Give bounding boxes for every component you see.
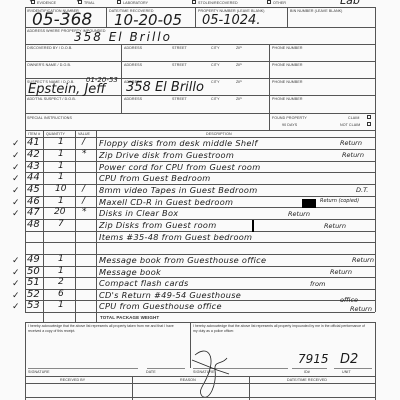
discovered-city-label: City [211, 46, 220, 50]
ident-number-value[interactable]: 05-368 [32, 10, 92, 30]
item-description: Maxell CD-R in Guest bedroom [99, 197, 233, 207]
check-mark: ✓ [12, 138, 20, 149]
signature-line [28, 368, 138, 369]
stolen-recovered-checkbox[interactable] [192, 0, 196, 4]
addl-suspect-label: ADD'TNL SUSPECT / D.O.B. [27, 97, 76, 101]
item-header: ITEM # [28, 132, 40, 136]
divider [25, 397, 375, 398]
received-by-header: RECEIVED BY [60, 378, 85, 382]
divider [249, 376, 250, 400]
item-quantity: 1 [58, 254, 64, 264]
item-number: 46 [27, 196, 40, 207]
check-mark: ✓ [12, 185, 20, 196]
item-disposition: Return [352, 256, 374, 264]
unit-value[interactable]: D2 [340, 352, 358, 367]
item-number: 44 [27, 172, 40, 183]
check-mark: ✓ [12, 197, 20, 208]
item-description: Power cord for CPU from Guest room [99, 162, 260, 172]
receipt-acknowledgement: I hereby acknowledge that the above list… [28, 324, 183, 333]
divider [25, 44, 375, 45]
row-divider [25, 266, 375, 267]
item-quantity: 20 [54, 207, 65, 217]
evidence-check-mark: ✓ [29, 0, 34, 4]
item-disposition: Return [342, 151, 364, 159]
item-description: Floppy disks from desk middle Shelf [99, 138, 258, 148]
item-disposition: office [340, 296, 358, 304]
divider [269, 44, 270, 113]
item-description: 8mm video Tapes in Guest Bedroom [99, 185, 258, 195]
total-weight-label: TOTAL PACKAGE WEIGHT [100, 315, 159, 320]
bin-number-label: BIN NUMBER (Leave Blank) [290, 9, 342, 13]
check-mark: ✓ [12, 267, 20, 278]
item-number: 43 [27, 161, 40, 172]
item-number: 41 [27, 137, 40, 148]
officer-signature [187, 340, 237, 400]
item-number: 45 [27, 184, 40, 195]
check-mark: ✓ [12, 208, 20, 219]
item-number: 49 [27, 254, 40, 265]
item-number: 42 [27, 149, 40, 160]
addl-street-label: Street [172, 97, 187, 101]
item-disposition: Return (copied) [320, 198, 359, 204]
unit-label: UNIT [342, 370, 351, 374]
row-divider [25, 242, 375, 243]
other-note: Lab [340, 0, 360, 7]
check-mark: ✓ [12, 173, 20, 184]
owner-address-label: ADDRESS [124, 63, 142, 67]
officer-id-value[interactable]: 7915 [298, 352, 329, 366]
address-impounded-value[interactable]: 358 El Brillo [74, 30, 172, 44]
item-disposition: Return [324, 222, 346, 230]
owner-name-label: OWNER'S NAME / D.O.B. [27, 63, 71, 67]
check-mark: ✓ [12, 150, 20, 161]
item-disposition: Return [350, 305, 372, 313]
check-mark: ✓ [12, 255, 20, 266]
item-description: Message book [99, 267, 161, 277]
date-recovered-value[interactable]: 10-20-05 [114, 11, 182, 29]
item-quantity: 1 [58, 137, 64, 147]
suspect-city-label: City [211, 80, 220, 84]
suspect-name-value[interactable]: Epstein, Jeff [28, 82, 106, 97]
check-mark: ✓ [12, 162, 20, 173]
claim-checkbox[interactable] [367, 115, 371, 119]
discovered-zip-label: Zip [236, 46, 242, 50]
unit-line [334, 368, 372, 369]
owner-zip-label: Zip [236, 63, 242, 67]
suspect-zip-label: Zip [236, 80, 242, 84]
claim-label: CLAIM [348, 116, 359, 120]
addl-city-label: City [211, 97, 220, 101]
divider [106, 7, 107, 27]
divider [25, 78, 375, 79]
item-description: Message book from Guesthouse office [99, 255, 266, 265]
quantity-header: QUANTITY [46, 132, 65, 136]
owner-city-label: City [211, 63, 220, 67]
item-description: Zip Disks from Guest room [99, 220, 216, 230]
other-checkbox[interactable] [267, 0, 271, 4]
row-divider [25, 207, 375, 208]
item-description: CD's Return #49-54 Guesthouse [99, 290, 241, 300]
item-disposition: Return [288, 210, 310, 218]
item-value: * [82, 207, 87, 217]
officer-acknowledgement: I hereby acknowledge that the above list… [193, 324, 368, 333]
item-description: Items #35-48 from Guest bedroom [99, 232, 252, 242]
date-line [147, 368, 185, 369]
special-instructions-label: SPECIAL INSTRUCTIONS [27, 116, 72, 120]
addl-zip-label: Zip [236, 97, 242, 101]
check-mark: ✓ [12, 301, 20, 312]
laboratory-checkbox[interactable] [117, 0, 121, 4]
not-claim-checkbox[interactable] [367, 122, 371, 126]
item-value: * [82, 149, 87, 159]
addl-phone-label: PHONE NUMBER [272, 97, 303, 101]
property-number-value[interactable]: 05-1024. [202, 13, 260, 28]
divider [375, 7, 376, 312]
divider [25, 130, 375, 131]
evidence-label: EVIDENCE [37, 1, 56, 5]
item-value: / [82, 137, 85, 147]
divider [75, 130, 76, 322]
row-divider [25, 312, 375, 313]
suspect-address-value[interactable]: 358 El Brillo [126, 80, 204, 95]
item-value: / [82, 184, 85, 194]
suspect-phone-label: PHONE NUMBER [272, 80, 303, 84]
divider [25, 113, 375, 114]
item-disposition: D.T. [356, 186, 368, 194]
divider [195, 7, 196, 27]
item-quantity: 1 [58, 196, 64, 206]
divider [132, 376, 133, 400]
id-line [292, 368, 327, 369]
divider [25, 322, 26, 400]
ninety-days-label: 90 DAYS [282, 123, 297, 127]
signature-label: SIGNATURE [28, 370, 50, 374]
divider [25, 322, 375, 323]
divider [25, 61, 375, 62]
divider [287, 7, 288, 27]
item-quantity: 1 [58, 300, 64, 310]
divider [25, 383, 375, 384]
description-header: DESCRIPTION [206, 132, 232, 136]
row-divider [25, 277, 375, 278]
item-quantity: 7 [58, 219, 64, 229]
datetime-received-header: DATE/TIME RECEIVED [287, 378, 327, 382]
value-header: VALUE [78, 132, 90, 136]
item-value: / [82, 196, 85, 206]
other-label: OTHER [273, 1, 286, 5]
item-number: 51 [27, 277, 40, 288]
divider [25, 376, 375, 377]
discovered-address-label: ADDRESS [124, 46, 142, 50]
item-disposition: Return [330, 268, 352, 276]
divider [375, 322, 376, 400]
item-description: Disks in Clear Box [99, 208, 178, 218]
discovered-street-label: Street [172, 46, 187, 50]
discovered-by-label: DISCOVERED BY / D.O.B. [27, 46, 72, 50]
item-quantity: 10 [55, 184, 66, 194]
item-disposition: Return [340, 139, 362, 147]
discovered-phone-label: PHONE NUMBER [272, 46, 303, 50]
trial-check-mark: ✓ [76, 0, 81, 4]
owner-phone-label: PHONE NUMBER [272, 63, 303, 67]
redaction-block [302, 199, 316, 208]
addl-address-label: ADDRESS [124, 97, 142, 101]
owner-street-label: Street [172, 63, 187, 67]
divider [121, 44, 122, 113]
reason-header: REASON [180, 378, 196, 382]
item-quantity: 1 [58, 161, 64, 171]
not-claim-label: NOT CLAIM [340, 123, 360, 127]
found-property-label: FOUND PROPERTY [272, 116, 307, 120]
item-description: CPU from Guest Bedroom [99, 173, 211, 183]
item-description: Zip Drive disk from Guestroom [99, 150, 234, 160]
item-quantity: 1 [58, 172, 64, 182]
item-number: 47 [27, 207, 40, 218]
item-number: 52 [27, 289, 40, 300]
item-number: 53 [27, 300, 40, 311]
property-receipt-form: ✓ EVIDENCE ✓ TRIAL LABORATORY STOLEN/REC… [22, 0, 378, 400]
id-label: ID# [304, 370, 310, 374]
item-number: 50 [27, 266, 40, 277]
date-label: DATE [146, 370, 156, 374]
item-disposition: from [310, 280, 325, 288]
item-quantity: 2 [58, 277, 64, 287]
item-quantity: 1 [58, 266, 64, 276]
divider [25, 7, 375, 8]
item-quantity: 1 [58, 149, 64, 159]
item-description: CPU from Guesthouse office [99, 301, 222, 311]
divider [43, 130, 44, 322]
item-description: Compact flash cards [99, 278, 189, 288]
item-number: 48 [27, 219, 40, 230]
laboratory-label: LABORATORY [123, 1, 148, 5]
trial-label: TRIAL [84, 1, 95, 5]
redaction-mark [252, 220, 254, 232]
divider [269, 113, 270, 130]
stolen-recovered-label: STOLEN/RECOVERED [198, 1, 238, 5]
check-mark: ✓ [12, 290, 20, 301]
check-mark: ✓ [12, 278, 20, 289]
item-quantity: 6 [58, 289, 64, 299]
divider [96, 130, 97, 322]
